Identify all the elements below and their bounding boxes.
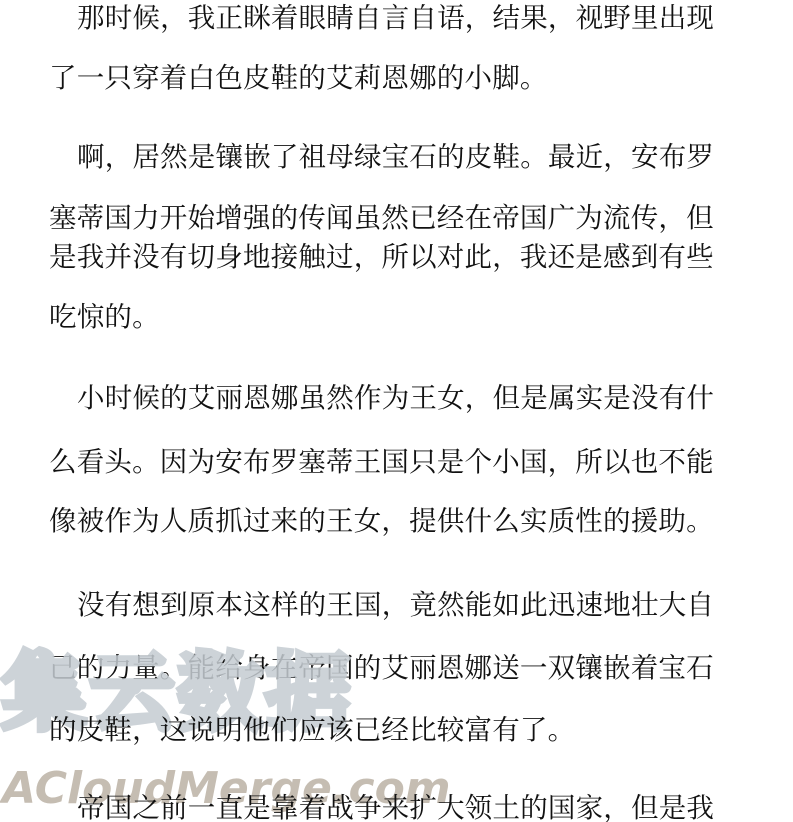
- paragraph-1-line-1: 那时候，我正眯着眼睛自言自语，结果，视野里出现: [77, 0, 777, 36]
- paragraph-2-line-2: 塞蒂国力开始增强的传闻虽然已经在帝国广为流传，但: [49, 200, 749, 236]
- paragraph-1-line-2: 了一只穿着白色皮鞋的艾莉恩娜的小脚。: [49, 60, 749, 96]
- paragraph-3-line-2: 么看头。因为安布罗塞蒂王国只是个小国，所以也不能: [49, 444, 749, 480]
- paragraph-4-line-3: 的皮鞋，这说明他们应该已经比较富有了。: [49, 712, 749, 748]
- paragraph-4-line-1: 没有想到原本这样的王国，竟然能如此迅速地壮大自: [77, 587, 777, 623]
- paragraph-3-line-1: 小时候的艾丽恩娜虽然作为王女，但是属实是没有什: [77, 380, 777, 416]
- paragraph-2-line-3: 是我并没有切身地接触过，所以对此，我还是感到有些: [49, 239, 749, 275]
- paragraph-2-line-1: 啊，居然是镶嵌了祖母绿宝石的皮鞋。最近，安布罗: [77, 139, 777, 175]
- paragraph-2-line-4: 吃惊的。: [49, 299, 749, 335]
- paragraph-5-line-1: 帝国之前一直是靠着战争来扩大领土的国家，但是我: [77, 790, 777, 822]
- paragraph-3-line-3: 像被作为人质抓过来的王女，提供什么实质性的援助。: [49, 503, 749, 539]
